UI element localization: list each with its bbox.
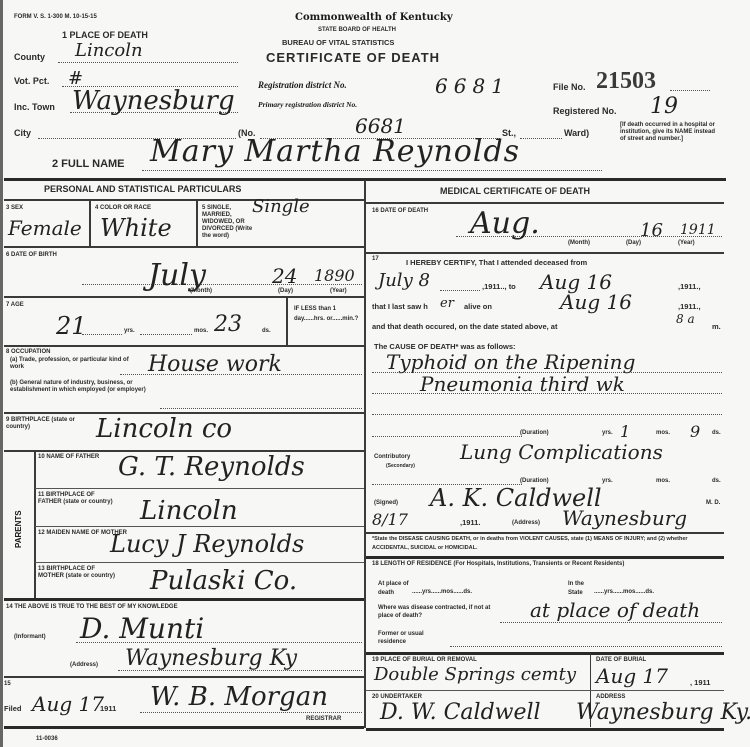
- full-name-label: 2 FULL NAME: [52, 158, 125, 170]
- duration-mos-value[interactable]: 1: [620, 422, 630, 441]
- death-certificate: FORM V. S. 1-300 M. 10-15-15 1 PLACE OF …: [0, 0, 750, 747]
- age-mos-caption: mos.: [194, 328, 208, 334]
- race-label: 4 COLOR OR RACE: [95, 205, 151, 211]
- filed-section-no: 15: [4, 681, 11, 687]
- birthplace-label: 9 BIRTHPLACE (state or country): [6, 417, 86, 431]
- parents-label: PARENTS: [14, 510, 23, 548]
- duration-2-mos-caption: mos.: [656, 478, 670, 484]
- contributory-label: Contributory: [374, 454, 410, 460]
- secondary-label: (Secondary): [386, 463, 415, 469]
- age-label: 7 AGE: [6, 302, 24, 308]
- father-name-label: 10 NAME OF FATHER: [38, 454, 108, 461]
- filed-date[interactable]: Aug 17: [32, 692, 104, 716]
- certificate-title: CERTIFICATE OF DEATH: [266, 50, 440, 65]
- informant-address-label: (Address): [70, 662, 98, 668]
- inc-town-value[interactable]: Waynesburg: [72, 86, 235, 116]
- bureau-heading: BUREAU OF VITAL STATISTICS: [282, 38, 394, 47]
- father-birthplace-label: 11 BIRTHPLACE OF FATHER (state or countr…: [38, 492, 118, 506]
- burial-place-value[interactable]: Double Springs cemty: [374, 664, 576, 685]
- file-no-value: 21503: [596, 68, 656, 95]
- footer-code: 11-0036: [36, 736, 58, 742]
- dob-label: 6 DATE OF BIRTH: [6, 252, 57, 258]
- dod-year[interactable]: 1911: [680, 222, 716, 238]
- registration-district-value[interactable]: 6681: [435, 74, 510, 98]
- informant-address-value[interactable]: Waynesburg Ky: [125, 646, 297, 671]
- duration-mos-caption: mos.: [656, 430, 670, 436]
- age-days[interactable]: 23: [214, 312, 242, 337]
- dod-day-caption: (Day): [626, 240, 641, 246]
- place-of-death-heading: 1 PLACE OF DEATH: [62, 30, 148, 40]
- alive-on-label: alive on: [464, 302, 492, 311]
- hospital-note: [If death occurred in a hospital or inst…: [620, 122, 716, 143]
- residence-label: 18 LENGTH OF RESIDENCE (For Hospitals, I…: [372, 561, 722, 568]
- burial-year: , 1911: [690, 678, 710, 687]
- occupation-a-label: (a) Trade, profession, or particular kin…: [10, 357, 140, 371]
- last-saw-text: that I last saw h: [372, 302, 428, 311]
- dod-day[interactable]: 16: [640, 220, 663, 241]
- occupation-a-value[interactable]: House work: [148, 352, 282, 377]
- burial-date-value[interactable]: Aug 17: [596, 664, 668, 688]
- dod-label: 16 DATE OF DEATH: [372, 208, 428, 214]
- undertaker-address-value[interactable]: Waynesburg Ky.: [576, 700, 750, 725]
- mother-birthplace-value[interactable]: Pulaski Co.: [150, 566, 297, 596]
- board-heading: STATE BOARD OF HEALTH: [318, 27, 396, 33]
- mother-birthplace-label: 13 BIRTHPLACE OF MOTHER (state or countr…: [38, 566, 118, 580]
- marital-value[interactable]: Single: [252, 196, 310, 217]
- contracted-value[interactable]: at place of death: [530, 598, 700, 622]
- age-yrs-caption: yrs.: [124, 328, 135, 334]
- signed-address-value[interactable]: Waynesburg: [562, 506, 687, 530]
- filed-year: 1911: [100, 704, 116, 713]
- alive-on-year: ,1911.,: [678, 302, 701, 311]
- county-label: County: [14, 52, 45, 62]
- age-ds-caption: ds.: [262, 328, 271, 334]
- certify-number: 17: [372, 256, 379, 262]
- dob-day[interactable]: 24: [272, 264, 297, 288]
- county-value[interactable]: Lincoln: [75, 40, 143, 61]
- commonwealth-heading: Commonwealth of Kentucky: [295, 12, 453, 23]
- duration-ds-value[interactable]: 9: [690, 422, 700, 441]
- burial-date-label: DATE OF BURIAL: [596, 657, 646, 663]
- sex-label: 3 SEX: [6, 205, 23, 211]
- duration-yrs-caption: yrs.: [602, 430, 613, 436]
- former-residence-label: Former or usual residence: [378, 630, 438, 646]
- dob-day-caption: (Day): [278, 288, 293, 294]
- duration-2-yrs-caption: yrs.: [602, 478, 613, 484]
- md-label: M. D.: [706, 500, 720, 506]
- attended-from-year: ,1911.., to: [482, 282, 516, 291]
- age-years[interactable]: 21: [56, 312, 87, 340]
- undertaker-value[interactable]: D. W. Caldwell: [380, 700, 541, 725]
- duration-2-ds-caption: ds.: [712, 478, 721, 484]
- full-name-value[interactable]: Mary Martha Reynolds: [150, 134, 520, 169]
- death-time-suffix: m.: [712, 322, 721, 331]
- medical-heading: MEDICAL CERTIFICATE OF DEATH: [440, 186, 590, 196]
- dob-month-caption: (Month): [190, 288, 212, 294]
- at-place-units: ......yrs......mos......ds.: [412, 589, 472, 595]
- alive-on-value[interactable]: Aug 16: [560, 290, 632, 314]
- scan-edge: [0, 0, 3, 747]
- cause-line-1[interactable]: Typhoid on the Ripening: [386, 350, 635, 374]
- burial-place-label: 19 PLACE OF BURIAL OR REMOVAL: [372, 657, 477, 663]
- inc-town-label: Inc. Town: [14, 102, 55, 112]
- occupation-b-label: (b) General nature of industry, business…: [10, 380, 160, 394]
- race-value[interactable]: White: [100, 214, 172, 242]
- primary-registration-label: Primary registration district No.: [258, 100, 357, 109]
- certify-text: I HEREBY CERTIFY, That I attended deceas…: [406, 258, 587, 267]
- occupation-label: 8 OCCUPATION: [6, 349, 50, 355]
- signed-address-label: (Address): [512, 520, 540, 526]
- dod-month[interactable]: Aug.: [470, 206, 540, 241]
- birthplace-value[interactable]: Lincoln co: [96, 414, 232, 444]
- informant-value[interactable]: D. Munti: [80, 612, 204, 645]
- attended-to-year: ,1911.,: [678, 282, 701, 291]
- dob-year[interactable]: 1890: [314, 266, 355, 285]
- father-birthplace-value[interactable]: Lincoln: [140, 496, 238, 526]
- registration-district-label: Registration district No.: [258, 80, 347, 90]
- registrar-signature[interactable]: W. B. Morgan: [150, 682, 328, 712]
- personal-heading: PERSONAL AND STATISTICAL PARTICULARS: [44, 184, 241, 194]
- father-name-value[interactable]: G. T. Reynolds: [118, 452, 305, 482]
- in-state-label: In the State: [568, 580, 596, 598]
- death-time-text: and that death occured, on the date stat…: [372, 322, 557, 331]
- file-no-label: File No.: [553, 82, 586, 92]
- informant-statement: 14 THE ABOVE IS TRUE TO THE BEST OF MY K…: [6, 604, 178, 610]
- ward-label: Ward): [564, 128, 589, 138]
- registrar-label: REGISTRAR: [306, 716, 341, 722]
- filed-label: Filed: [4, 704, 22, 713]
- vot-pct-label: Vot. Pct.: [14, 76, 49, 86]
- mother-name-value[interactable]: Lucy J Reynolds: [110, 530, 304, 558]
- form-number: FORM V. S. 1-300 M. 10-15-15: [14, 14, 97, 20]
- attended-from[interactable]: July 8: [378, 270, 430, 291]
- duration-ds-caption: ds.: [712, 430, 721, 436]
- dod-year-caption: (Year): [678, 240, 695, 246]
- signed-date[interactable]: 8/17: [372, 510, 408, 529]
- contributory-value[interactable]: Lung Complications: [460, 440, 663, 464]
- duration-label: (Duration): [520, 430, 549, 436]
- sex-value[interactable]: Female: [8, 216, 82, 240]
- in-state-units: ......yrs......mos......ds.: [594, 589, 654, 595]
- dob-year-caption: (Year): [330, 288, 347, 294]
- death-time-value[interactable]: 8 a: [676, 312, 695, 326]
- city-label: City: [14, 128, 31, 138]
- signed-year: ,1911.: [460, 518, 480, 527]
- signed-label: (Signed): [374, 500, 398, 506]
- cause-footnote: *State the DISEASE CAUSING DEATH, or in …: [372, 535, 722, 553]
- dod-month-caption: (Month): [568, 240, 590, 246]
- less-than-label: IF LESS than 1 day......hrs. or......min…: [294, 304, 360, 324]
- registered-no-value[interactable]: 19: [650, 94, 678, 119]
- last-saw-pronoun[interactable]: er: [440, 296, 454, 311]
- contracted-label: Where was disease contracted, if not at …: [378, 604, 498, 620]
- informant-label: (Informant): [14, 634, 46, 640]
- registered-no-label: Registered No.: [553, 106, 617, 116]
